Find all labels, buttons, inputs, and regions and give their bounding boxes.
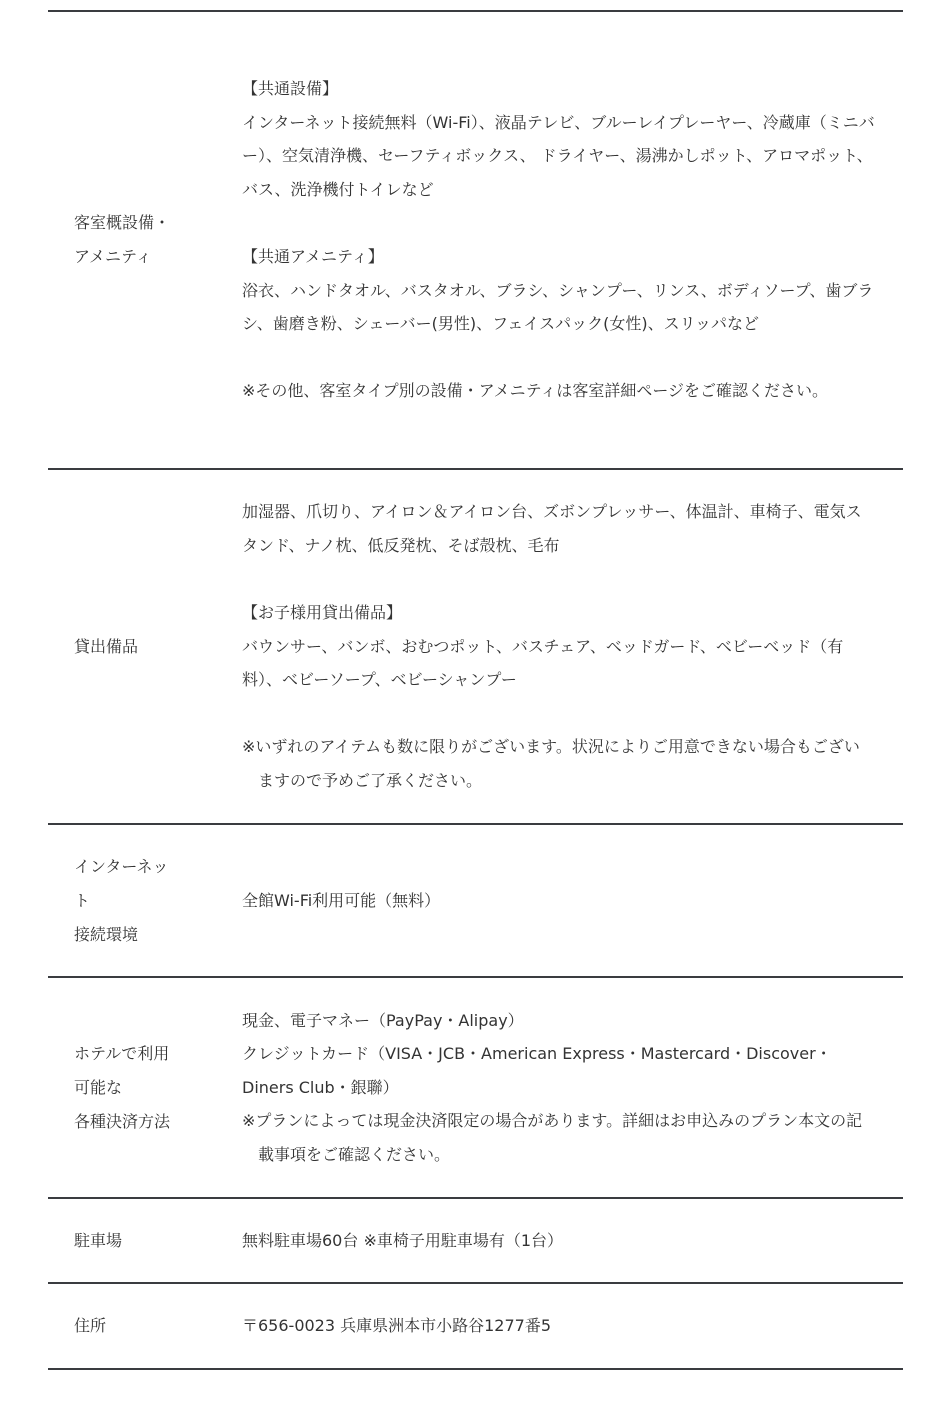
label-line: 駐車場: [74, 1224, 242, 1258]
label-line: 各種決済方法: [74, 1105, 242, 1139]
row-content: 加湿器、爪切り、アイロン＆アイロン台、ズボンプレッサー、体温計、車椅子、電気スタ…: [242, 495, 903, 797]
section-text: クレジットカード（VISA・JCB・American Express・Maste…: [242, 1037, 875, 1104]
label-line: 住所: [74, 1309, 242, 1343]
note-text: ※いずれのアイテムも数に限りがございます。状況によりご用意できない場合もございま…: [242, 730, 875, 797]
row-content: 【共通設備】 インターネット接続無料（Wi-Fi）、液晶テレビ、ブルーレイプレー…: [242, 72, 903, 408]
label-line: 貸出備品: [74, 630, 242, 664]
section-text: 加湿器、爪切り、アイロン＆アイロン台、ズボンプレッサー、体温計、車椅子、電気スタ…: [242, 495, 875, 562]
row-content: 無料駐車場60台 ※車椅子用駐車場有（1台）: [242, 1224, 903, 1258]
section-heading: 【お子様用貸出備品】: [242, 596, 875, 630]
section-text: バウンサー、バンボ、おむつポット、バスチェア、ベッドガード、ベビーベッド（有料）…: [242, 630, 875, 697]
row-label: ホテルで利用 可能な 各種決済方法: [48, 1037, 242, 1139]
row-internet: インターネッ ト 接続環境 全館Wi-Fi利用可能（無料）: [48, 825, 903, 978]
row-content: 全館Wi-Fi利用可能（無料）: [242, 884, 903, 918]
note-text: ※その他、客室タイプ別の設備・アメニティは客室詳細ページをご確認ください。: [242, 374, 875, 408]
row-content: 〒656-0023 兵庫県洲本市小路谷1277番5: [242, 1309, 903, 1343]
section-text: インターネット接続無料（Wi-Fi）、液晶テレビ、ブルーレイプレーヤー、冷蔵庫（…: [242, 106, 875, 207]
label-line: 可能な: [74, 1071, 242, 1105]
label-line: アメニティ: [74, 240, 242, 274]
row-rental-items: 貸出備品 加湿器、爪切り、アイロン＆アイロン台、ズボンプレッサー、体温計、車椅子…: [48, 470, 903, 825]
row-parking: 駐車場 無料駐車場60台 ※車椅子用駐車場有（1台）: [48, 1199, 903, 1284]
row-label: 駐車場: [48, 1224, 242, 1258]
section-text: 浴衣、ハンドタオル、バスタオル、ブラシ、シャンプー、リンス、ボディソープ、歯ブラ…: [242, 274, 875, 341]
row-content: 現金、電子マネー（PayPay・Alipay） クレジットカード（VISA・JC…: [242, 1004, 903, 1172]
row-label: 住所: [48, 1309, 242, 1343]
label-line: ト: [74, 884, 242, 918]
label-line: インターネッ: [74, 850, 242, 884]
section-text: 無料駐車場60台 ※車椅子用駐車場有（1台）: [242, 1224, 875, 1258]
section-heading: 【共通設備】: [242, 72, 875, 106]
section-text: 全館Wi-Fi利用可能（無料）: [242, 884, 875, 918]
label-line: 接続環境: [74, 918, 242, 952]
row-label: 客室概設備・ アメニティ: [48, 206, 242, 274]
row-address: 住所 〒656-0023 兵庫県洲本市小路谷1277番5: [48, 1284, 903, 1370]
section-heading: 【共通アメニティ】: [242, 240, 875, 274]
note-text: ※プランによっては現金決済限定の場合があります。詳細はお申込みのプラン本文の記載…: [242, 1104, 875, 1171]
label-line: ホテルで利用: [74, 1037, 242, 1071]
section-text: 〒656-0023 兵庫県洲本市小路谷1277番5: [242, 1309, 875, 1343]
section-text: 現金、電子マネー（PayPay・Alipay）: [242, 1004, 875, 1038]
row-label: インターネッ ト 接続環境: [48, 850, 242, 952]
row-room-amenities: 客室概設備・ アメニティ 【共通設備】 インターネット接続無料（Wi-Fi）、液…: [48, 12, 903, 470]
label-line: 客室概設備・: [74, 206, 242, 240]
row-label: 貸出備品: [48, 630, 242, 664]
hotel-info-table: 客室概設備・ アメニティ 【共通設備】 インターネット接続無料（Wi-Fi）、液…: [48, 10, 903, 1370]
row-payment-methods: ホテルで利用 可能な 各種決済方法 現金、電子マネー（PayPay・Alipay…: [48, 978, 903, 1199]
